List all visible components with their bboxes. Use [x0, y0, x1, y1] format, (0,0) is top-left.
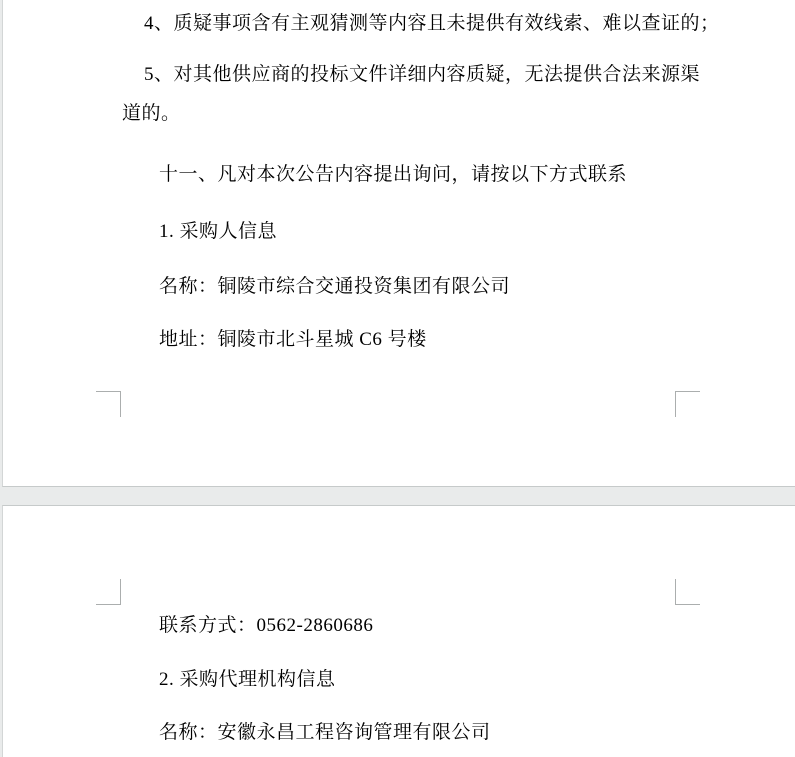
section-heading-11[interactable]: 十一、凡对本次公告内容提出询问，请按以下方式联系: [159, 163, 627, 186]
text-boundary-mark-bottom-right-icon: [675, 391, 700, 417]
purchaser-address[interactable]: 地址：铜陵市北斗星城 C6 号楼: [159, 328, 427, 351]
agency-name[interactable]: 名称：安徽永昌工程咨询管理有限公司: [159, 721, 491, 744]
contact-phone[interactable]: 联系方式：0562-2860686: [159, 614, 373, 637]
agency-info-heading[interactable]: 2. 采购代理机构信息: [159, 668, 336, 691]
page-1[interactable]: 4、质疑事项含有主观猜测等内容且未提供有效线索、难以查证的； 5、对其他供应商的…: [2, 0, 795, 487]
text-boundary-mark-bottom-left-icon: [96, 391, 121, 417]
paragraph-item-4[interactable]: 4、质疑事项含有主观猜测等内容且未提供有效线索、难以查证的；: [144, 12, 720, 35]
paragraph-item-5-wrap[interactable]: 道的。: [122, 102, 181, 125]
text-boundary-mark-top-right-icon: [675, 579, 700, 605]
text-boundary-mark-top-left-icon: [96, 579, 121, 605]
page-2[interactable]: 联系方式：0562-2860686 2. 采购代理机构信息 名称：安徽永昌工程咨…: [2, 505, 795, 757]
paragraph-item-5[interactable]: 5、对其他供应商的投标文件详细内容质疑，无法提供合法来源渠: [144, 63, 700, 86]
purchaser-info-heading[interactable]: 1. 采购人信息: [159, 220, 277, 243]
editor-canvas: { "colors": { "canvas_background": "#e9e…: [0, 0, 795, 757]
purchaser-name[interactable]: 名称：铜陵市综合交通投资集团有限公司: [159, 275, 510, 298]
